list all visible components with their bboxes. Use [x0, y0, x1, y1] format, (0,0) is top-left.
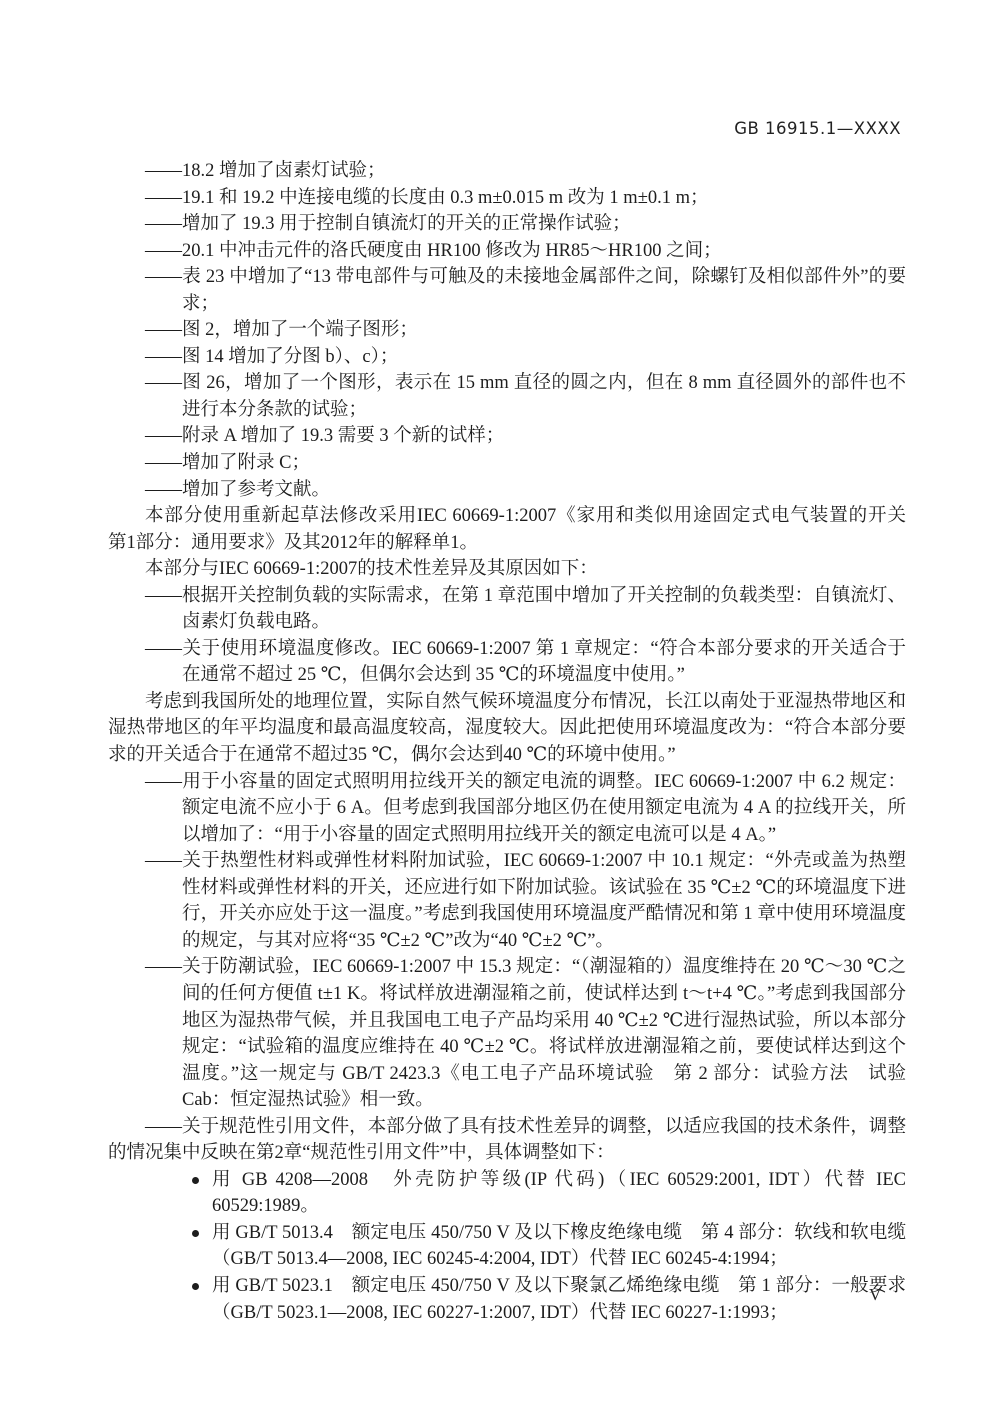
change-list-item: ——附录 A 增加了 19.3 需要 3 个新的试样；: [108, 423, 906, 450]
document-page: GB 16915.1—XXXX ——18.2 增加了卤素灯试验； ——19.1 …: [0, 0, 993, 1404]
reference-item: 用 GB/T 5013.4 额定电压 450/750 V 及以下橡皮绝缘电缆 第…: [108, 1220, 906, 1273]
change-list-item: ——图 14 增加了分图 b）、c）；: [108, 344, 906, 371]
difference-item: ——关于防潮试验，IEC 60669-1:2007 中 15.3 规定：“（潮湿…: [108, 954, 906, 1113]
difference-item: ——关于规范性引用文件，本部分做了具有技术性差异的调整，以适应我国的技术条件，调…: [108, 1114, 906, 1167]
bullet-icon: [192, 1177, 199, 1184]
change-list-item: ——20.1 中冲击元件的洛氏硬度由 HR100 修改为 HR85～HR100 …: [108, 238, 906, 265]
change-list-item: ——18.2 增加了卤素灯试验；: [108, 158, 906, 185]
change-list-item: ——图 2，增加了一个端子图形；: [108, 317, 906, 344]
document-number-header: GB 16915.1—XXXX: [734, 119, 901, 138]
difference-item: ——关于热塑性材料或弹性材料附加试验，IEC 60669-1:2007 中 10…: [108, 848, 906, 954]
page-number: V: [869, 1285, 881, 1305]
paragraph: 考虑到我国所处的地理位置，实际自然气候环境温度分布情况，长江以南处于亚湿热带地区…: [108, 689, 906, 769]
bullet-icon: [192, 1230, 199, 1237]
change-list-item: ——图 26，增加了一个图形，表示在 15 mm 直径的圆之内，但在 8 mm …: [108, 370, 906, 423]
difference-item: ——关于使用环境温度修改。IEC 60669-1:2007 第 1 章规定：“符…: [108, 636, 906, 689]
paragraph: 本部分与IEC 60669-1:2007的技术性差异及其原因如下：: [108, 556, 906, 583]
difference-item: ——根据开关控制负载的实际需求，在第 1 章范围中增加了开关控制的负载类型：自镇…: [108, 583, 906, 636]
reference-item: 用 GB 4208—2008 外壳防护等级(IP 代码)（IEC 60529:2…: [108, 1167, 906, 1220]
difference-item: ——用于小容量的固定式照明用拉线开关的额定电流的调整。IEC 60669-1:2…: [108, 769, 906, 849]
change-list-item: ——19.1 和 19.2 中连接电缆的长度由 0.3 m±0.015 m 改为…: [108, 185, 906, 212]
paragraph: 本部分使用重新起草法修改采用IEC 60669-1:2007《家用和类似用途固定…: [108, 503, 906, 556]
reference-text: 用 GB/T 5023.1 额定电压 450/750 V 及以下聚氯乙烯绝缘电缆…: [212, 1276, 906, 1323]
bullet-icon: [192, 1283, 199, 1290]
change-list-item: ——表 23 中增加了“13 带电部件与可触及的未接地金属部件之间，除螺钉及相似…: [108, 264, 906, 317]
change-list-item: ——增加了 19.3 用于控制自镇流灯的开关的正常操作试验；: [108, 211, 906, 238]
reference-text: 用 GB 4208—2008 外壳防护等级(IP 代码)（IEC 60529:2…: [212, 1170, 906, 1217]
change-list-item: ——增加了附录 C；: [108, 450, 906, 477]
change-list-item: ——增加了参考文献。: [108, 477, 906, 504]
reference-item: 用 GB/T 5023.1 额定电压 450/750 V 及以下聚氯乙烯绝缘电缆…: [108, 1273, 906, 1326]
reference-text: 用 GB/T 5013.4 额定电压 450/750 V 及以下橡皮绝缘电缆 第…: [212, 1223, 906, 1270]
document-body: ——18.2 增加了卤素灯试验； ——19.1 和 19.2 中连接电缆的长度由…: [108, 158, 906, 1326]
